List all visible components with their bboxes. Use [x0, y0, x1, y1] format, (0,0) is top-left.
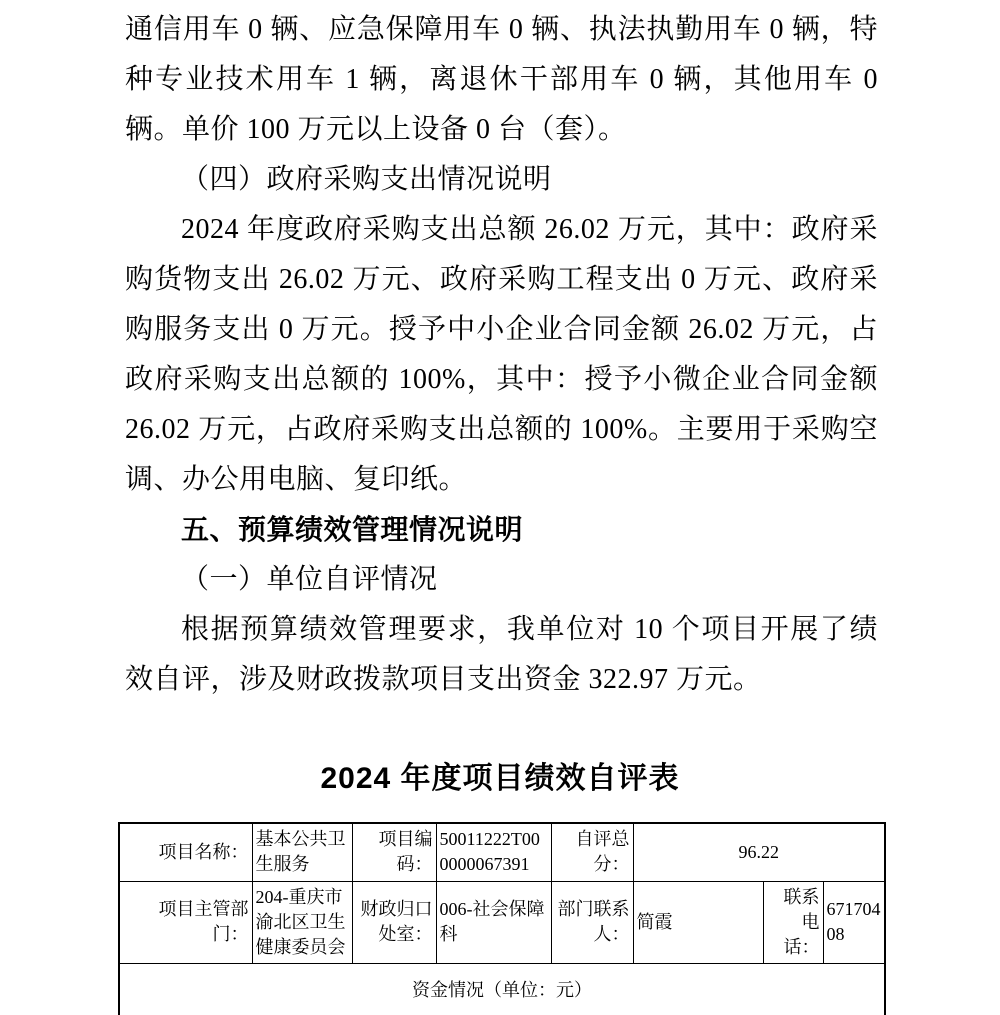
contact-value: 简霞 — [633, 881, 763, 963]
performance-self-eval-table: 项目名称： 基本公共卫生服务 项目编码： 50011222T0000000673… — [118, 822, 886, 1015]
phone-value: 67170408 — [823, 881, 885, 963]
table-row-department: 项目主管部门： 204-重庆市渝北区卫生健康委员会 财政归口处室： 006-社会… — [119, 881, 885, 963]
table-row-funds-section: 资金情况（单位：元） — [119, 963, 885, 1015]
self-score-label: 自评总分： — [551, 823, 633, 881]
body-paragraph-self-eval: 根据预算绩效管理要求，我单位对 10 个项目开展了绩效自评，涉及财政拨款项目支出… — [125, 605, 878, 705]
subsection-heading-self-eval: （一）单位自评情况 — [125, 555, 878, 605]
contact-label: 部门联系人： — [551, 881, 633, 963]
project-code-value: 50011222T000000067391 — [436, 823, 551, 881]
body-paragraph-procurement: 2024 年度政府采购支出总额 26.02 万元，其中：政府采购货物支出 26.… — [125, 205, 878, 505]
dept-value: 204-重庆市渝北区卫生健康委员会 — [252, 881, 352, 963]
project-name-value: 基本公共卫生服务 — [252, 823, 352, 881]
funds-section-title: 资金情况（单位：元） — [119, 963, 885, 1015]
section-heading-performance: 五、预算绩效管理情况说明 — [125, 505, 878, 555]
dept-label: 项目主管部门： — [119, 881, 252, 963]
document-page: 通信用车 0 辆、应急保障用车 0 辆、执法执勤用车 0 辆，特种专业技术用车 … — [0, 0, 1000, 1015]
project-code-label: 项目编码： — [352, 823, 436, 881]
body-paragraph-vehicles: 通信用车 0 辆、应急保障用车 0 辆、执法执勤用车 0 辆，特种专业技术用车 … — [125, 5, 878, 155]
document-body: 通信用车 0 辆、应急保障用车 0 辆、执法执勤用车 0 辆，特种专业技术用车 … — [125, 5, 878, 705]
self-score-value: 96.22 — [633, 823, 885, 881]
phone-label: 联系电话： — [763, 881, 823, 963]
table-row-project: 项目名称： 基本公共卫生服务 项目编码： 50011222T0000000673… — [119, 823, 885, 881]
finance-office-value: 006-社会保障科 — [436, 881, 551, 963]
subsection-heading-procurement: （四）政府采购支出情况说明 — [125, 155, 878, 205]
table-title: 2024 年度项目绩效自评表 — [0, 753, 1000, 797]
finance-office-label: 财政归口处室： — [352, 881, 436, 963]
project-name-label: 项目名称： — [119, 823, 252, 881]
